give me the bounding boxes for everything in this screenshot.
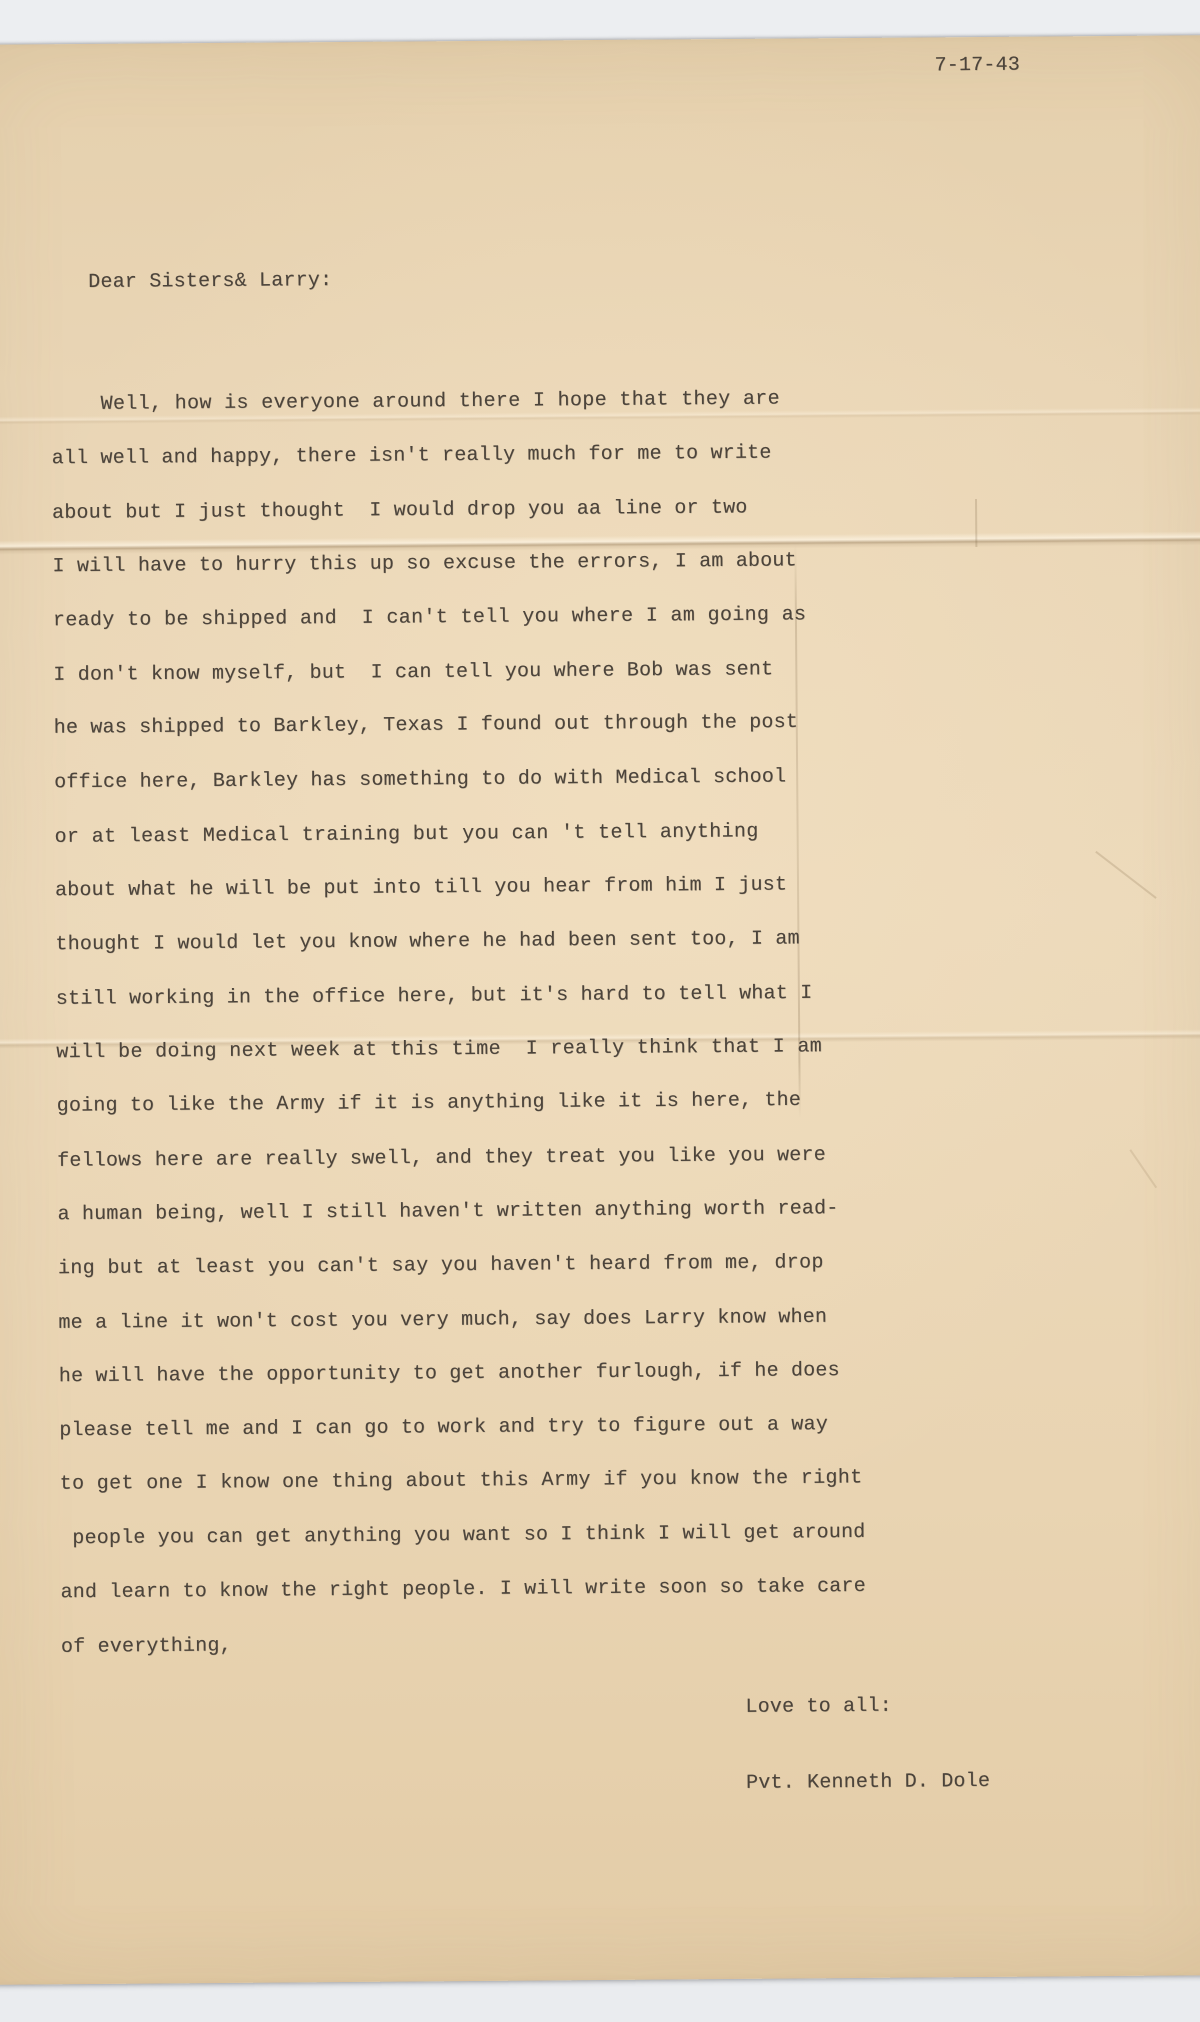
letter-line: please tell me and I can go to work and … bbox=[59, 1398, 865, 1458]
vertical-crease-tick bbox=[975, 499, 977, 547]
letter-line: I don't know myself, but I can tell you … bbox=[53, 643, 859, 703]
letter-body: Well, how is everyone around there I hop… bbox=[51, 372, 866, 1674]
letter-line: ing but at least you can't say you haven… bbox=[58, 1236, 864, 1296]
scan-background: 7-17-43 Dear Sisters& Larry: Well, how i… bbox=[0, 0, 1200, 2022]
letter-line: or at least Medical training but you can… bbox=[54, 805, 860, 865]
letter-line: and learn to know the right people. I wi… bbox=[60, 1560, 866, 1620]
letter-line: he was shipped to Barkley, Texas I found… bbox=[54, 695, 860, 755]
letter-salutation: Dear Sisters& Larry: bbox=[88, 268, 332, 296]
letter-line: people you can get anything you want so … bbox=[60, 1506, 866, 1566]
letter-line: I will have to hurry this up so excuse t… bbox=[52, 534, 858, 594]
letter-line: me a line it won't cost you very much, s… bbox=[58, 1291, 864, 1351]
letter-line: all well and happy, there isn't really m… bbox=[51, 426, 857, 486]
letter-line: Well, how is everyone around there I hop… bbox=[51, 372, 857, 432]
letter-line: fellows here are really swell, and they … bbox=[57, 1129, 863, 1189]
letter-line: still working in the office here, but it… bbox=[56, 967, 862, 1027]
letter-line: thought I would let you know where he ha… bbox=[55, 912, 861, 972]
letter-closing: Love to all: bbox=[745, 1691, 989, 1723]
letter-line: a human being, well I still haven't writ… bbox=[57, 1182, 863, 1242]
letter-line: ready to be shipped and I can't tell you… bbox=[53, 588, 859, 648]
letter-line: about what he will be put into till you … bbox=[55, 858, 861, 918]
diagonal-crease-small bbox=[1129, 1149, 1157, 1188]
letter-date: 7-17-43 bbox=[934, 53, 1020, 80]
diagonal-crease bbox=[1095, 851, 1156, 899]
letter-line: to get one I know one thing about this A… bbox=[59, 1451, 865, 1511]
letter-line: about but I just thought I would drop yo… bbox=[52, 481, 858, 541]
letter-line: going to like the Army if it is anything… bbox=[57, 1073, 863, 1133]
letter-closing-block: Love to all: Pvt. Kenneth D. Dole bbox=[745, 1645, 991, 1845]
letter-line: office here, Barkley has something to do… bbox=[54, 750, 860, 810]
letter-line: will be doing next week at this time I r… bbox=[56, 1020, 862, 1080]
letter-line: he will have the opportunity to get anot… bbox=[59, 1344, 865, 1404]
letter-paper: 7-17-43 Dear Sisters& Larry: Well, how i… bbox=[0, 35, 1200, 1985]
letter-signature: Pvt. Kenneth D. Dole bbox=[746, 1767, 990, 1799]
